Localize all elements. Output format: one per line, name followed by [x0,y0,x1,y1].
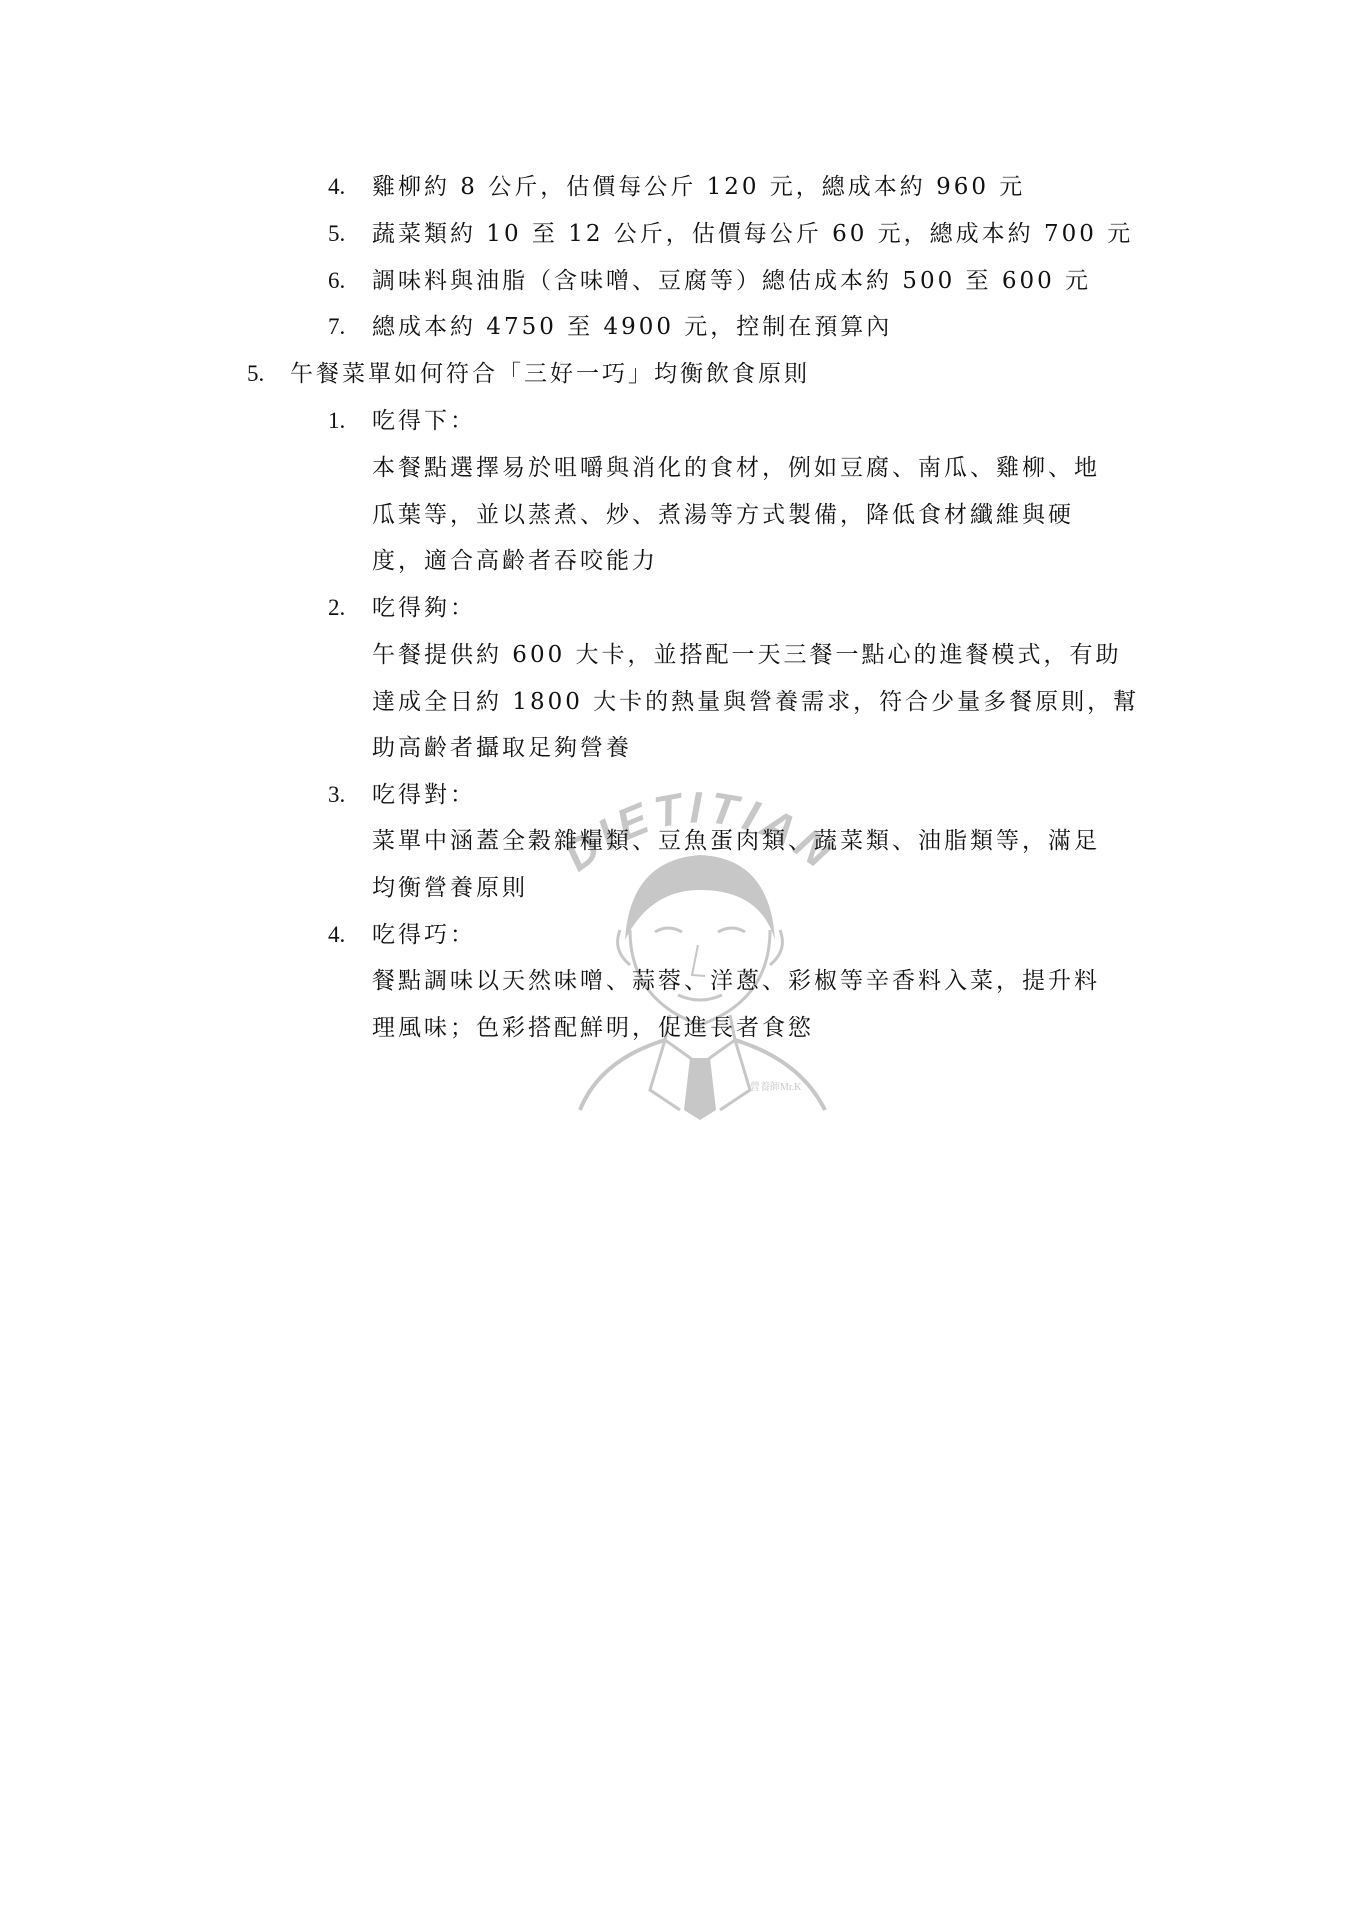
list-number: 3. [328,780,345,810]
paragraph-line: 午餐提供約 600 大卡，並搭配一天三餐一點心的進餐模式，有助 [372,640,1122,670]
budget-item-vegetables: 蔬菜類約 10 至 12 公斤，估價每公斤 60 元，總成本約 700 元 [372,219,1133,249]
watermark-signature: 營養師Mr.K [750,1080,802,1093]
budget-item-seasoning: 調味料與油脂（含味噌、豆腐等）總估成本約 500 至 600 元 [372,266,1091,296]
paragraph-line: 均衡營養原則 [372,873,528,903]
paragraph-line: 度，適合高齡者吞咬能力 [372,546,658,576]
list-number: 2. [328,593,345,623]
document-page: 4. 雞柳約 8 公斤，估價每公斤 120 元，總成本約 960 元 5. 蔬菜… [0,0,1358,1920]
paragraph-line: 餐點調味以天然味噌、蒜蓉、洋蔥、彩椒等辛香料入菜，提升料 [372,966,1100,996]
list-number: 6. [328,266,345,296]
list-number: 1. [328,406,345,436]
principle-heading: 吃得對： [372,780,476,810]
paragraph-line: 瓜葉等，並以蒸煮、炒、煮湯等方式製備，降低食材纖維與硬 [372,500,1074,530]
paragraph-line: 助高齡者攝取足夠營養 [372,733,632,763]
list-number: 5. [328,219,345,249]
budget-item-total: 總成本約 4750 至 4900 元，控制在預算內 [372,312,892,342]
paragraph-line: 菜單中涵蓋全穀雜糧類、豆魚蛋肉類、蔬菜類、油脂類等，滿足 [372,826,1100,856]
principle-heading: 吃得夠： [372,593,476,623]
principle-heading: 吃得巧： [372,920,476,950]
paragraph-line: 本餐點選擇易於咀嚼與消化的食材，例如豆腐、南瓜、雞柳、地 [372,453,1100,483]
principle-heading: 吃得下： [372,406,476,436]
budget-item-chicken: 雞柳約 8 公斤，估價每公斤 120 元，總成本約 960 元 [372,172,1025,202]
section-title: 午餐菜單如何符合「三好一巧」均衡飲食原則 [290,359,810,389]
paragraph-line: 達成全日約 1800 大卡的熱量與營養需求，符合少量多餐原則，幫 [372,687,1139,717]
list-number: 4. [328,920,345,950]
list-number: 7. [328,312,345,342]
paragraph-line: 理風味；色彩搭配鮮明，促進長者食慾 [372,1013,814,1043]
list-number: 4. [328,172,345,202]
section-number: 5. [247,359,264,389]
